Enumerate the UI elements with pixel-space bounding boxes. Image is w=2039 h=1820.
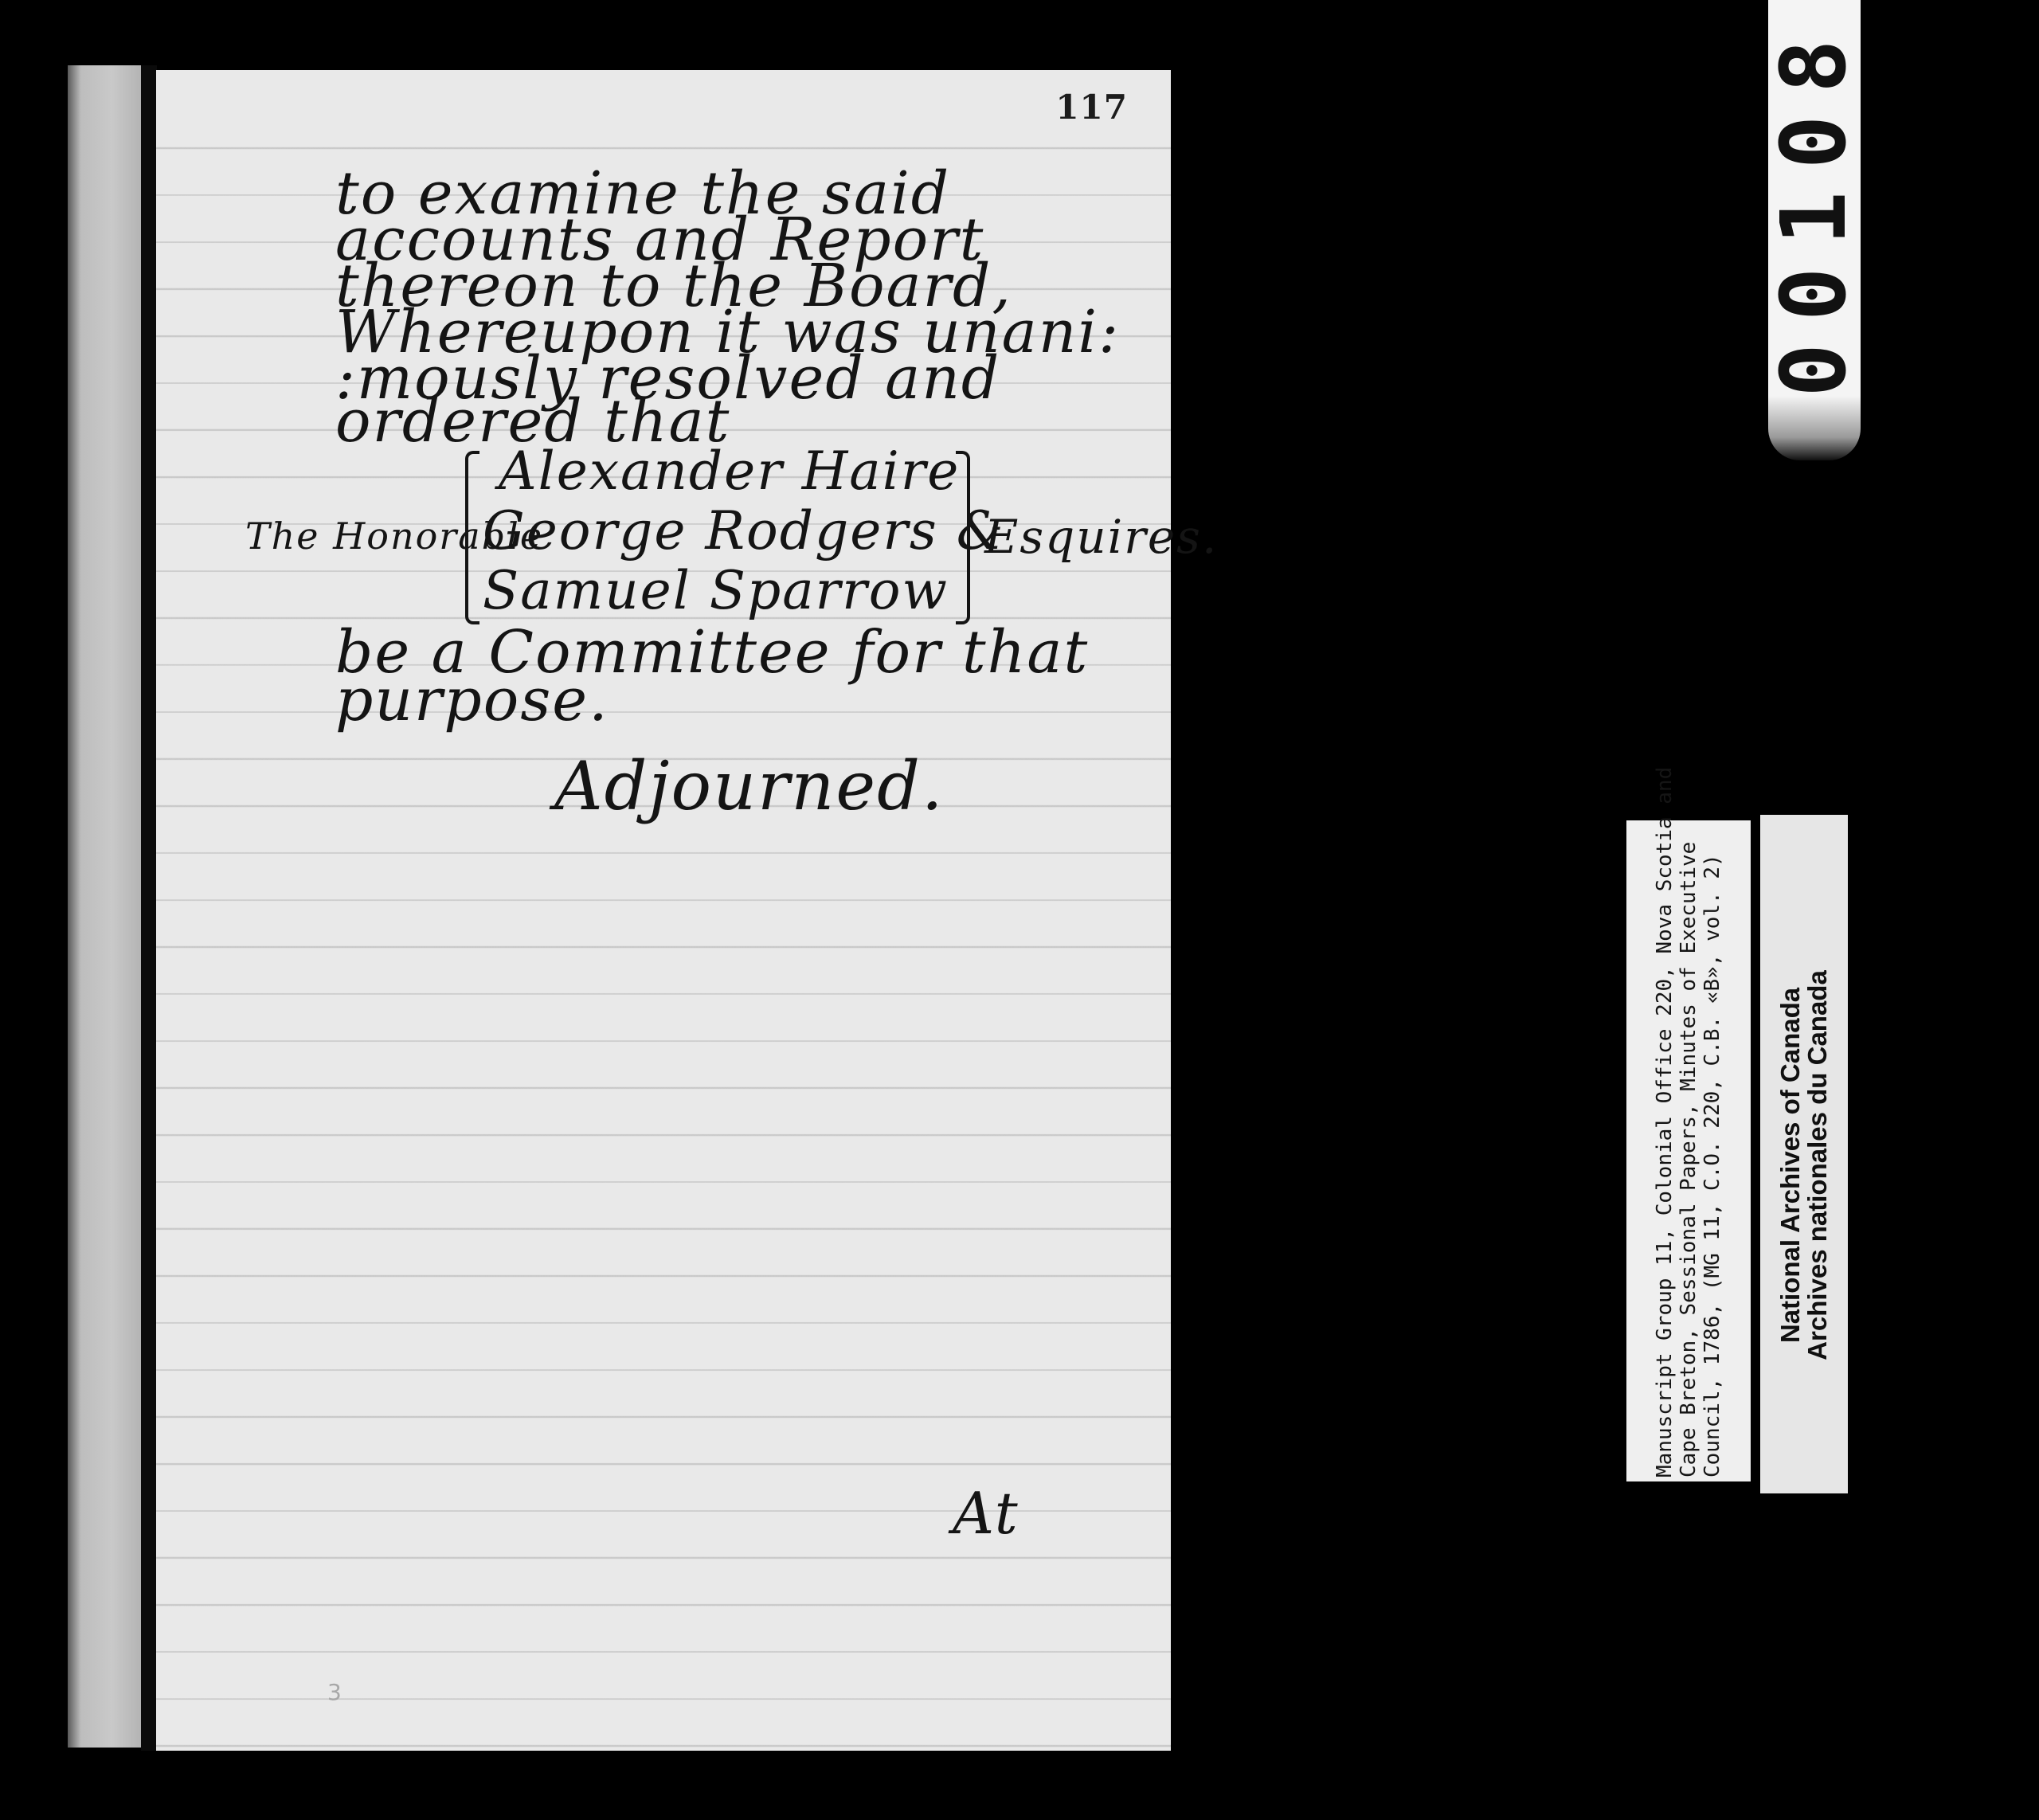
citation-text: Manuscript Group 11, Colonial Office 220…	[1653, 824, 1724, 1478]
citation-line: Manuscript Group 11, Colonial Office 220…	[1653, 824, 1677, 1478]
institution-name-en: National Archives of Canada	[1777, 887, 1804, 1444]
right-brace-icon	[956, 451, 970, 624]
committee-member-name: George Rodgers &	[483, 500, 1005, 562]
book-gutter	[141, 65, 157, 1751]
frame-counter: 00108	[1768, 0, 1861, 460]
citation-line: Cape Breton, Sessional Papers, Minutes o…	[1677, 824, 1700, 1478]
left-brace-icon	[465, 451, 479, 624]
institution-name-fr: Archives nationales du Canada	[1804, 887, 1831, 1444]
page-number: 117	[1055, 88, 1128, 127]
committee-member-name: Alexander Haire	[499, 440, 960, 502]
citation-line: Council, 1786, (MG 11, C.O. 220, C.B. «B…	[1700, 824, 1724, 1478]
committee-names-block: The Honorable Alexander Haire George Rod…	[156, 429, 1171, 644]
esquires-suffix: Esquires.	[984, 510, 1218, 564]
citation-label: Manuscript Group 11, Colonial Office 220…	[1626, 820, 1751, 1481]
institution-label: National Archives of Canada Archives nat…	[1760, 815, 1848, 1493]
frame-number: 00108	[1763, 17, 1866, 397]
manuscript-page: 117 to examine the said accounts and Rep…	[156, 70, 1171, 1751]
institution-text: National Archives of Canada Archives nat…	[1777, 887, 1831, 1444]
pencil-mark: 3	[327, 1679, 342, 1705]
catchword: At	[953, 1480, 1019, 1547]
closing-line: purpose.	[335, 666, 609, 734]
adjourned-text: Adjourned.	[554, 747, 945, 825]
committee-member-name: Samuel Sparrow	[483, 560, 949, 621]
binding-strip	[68, 65, 141, 1748]
